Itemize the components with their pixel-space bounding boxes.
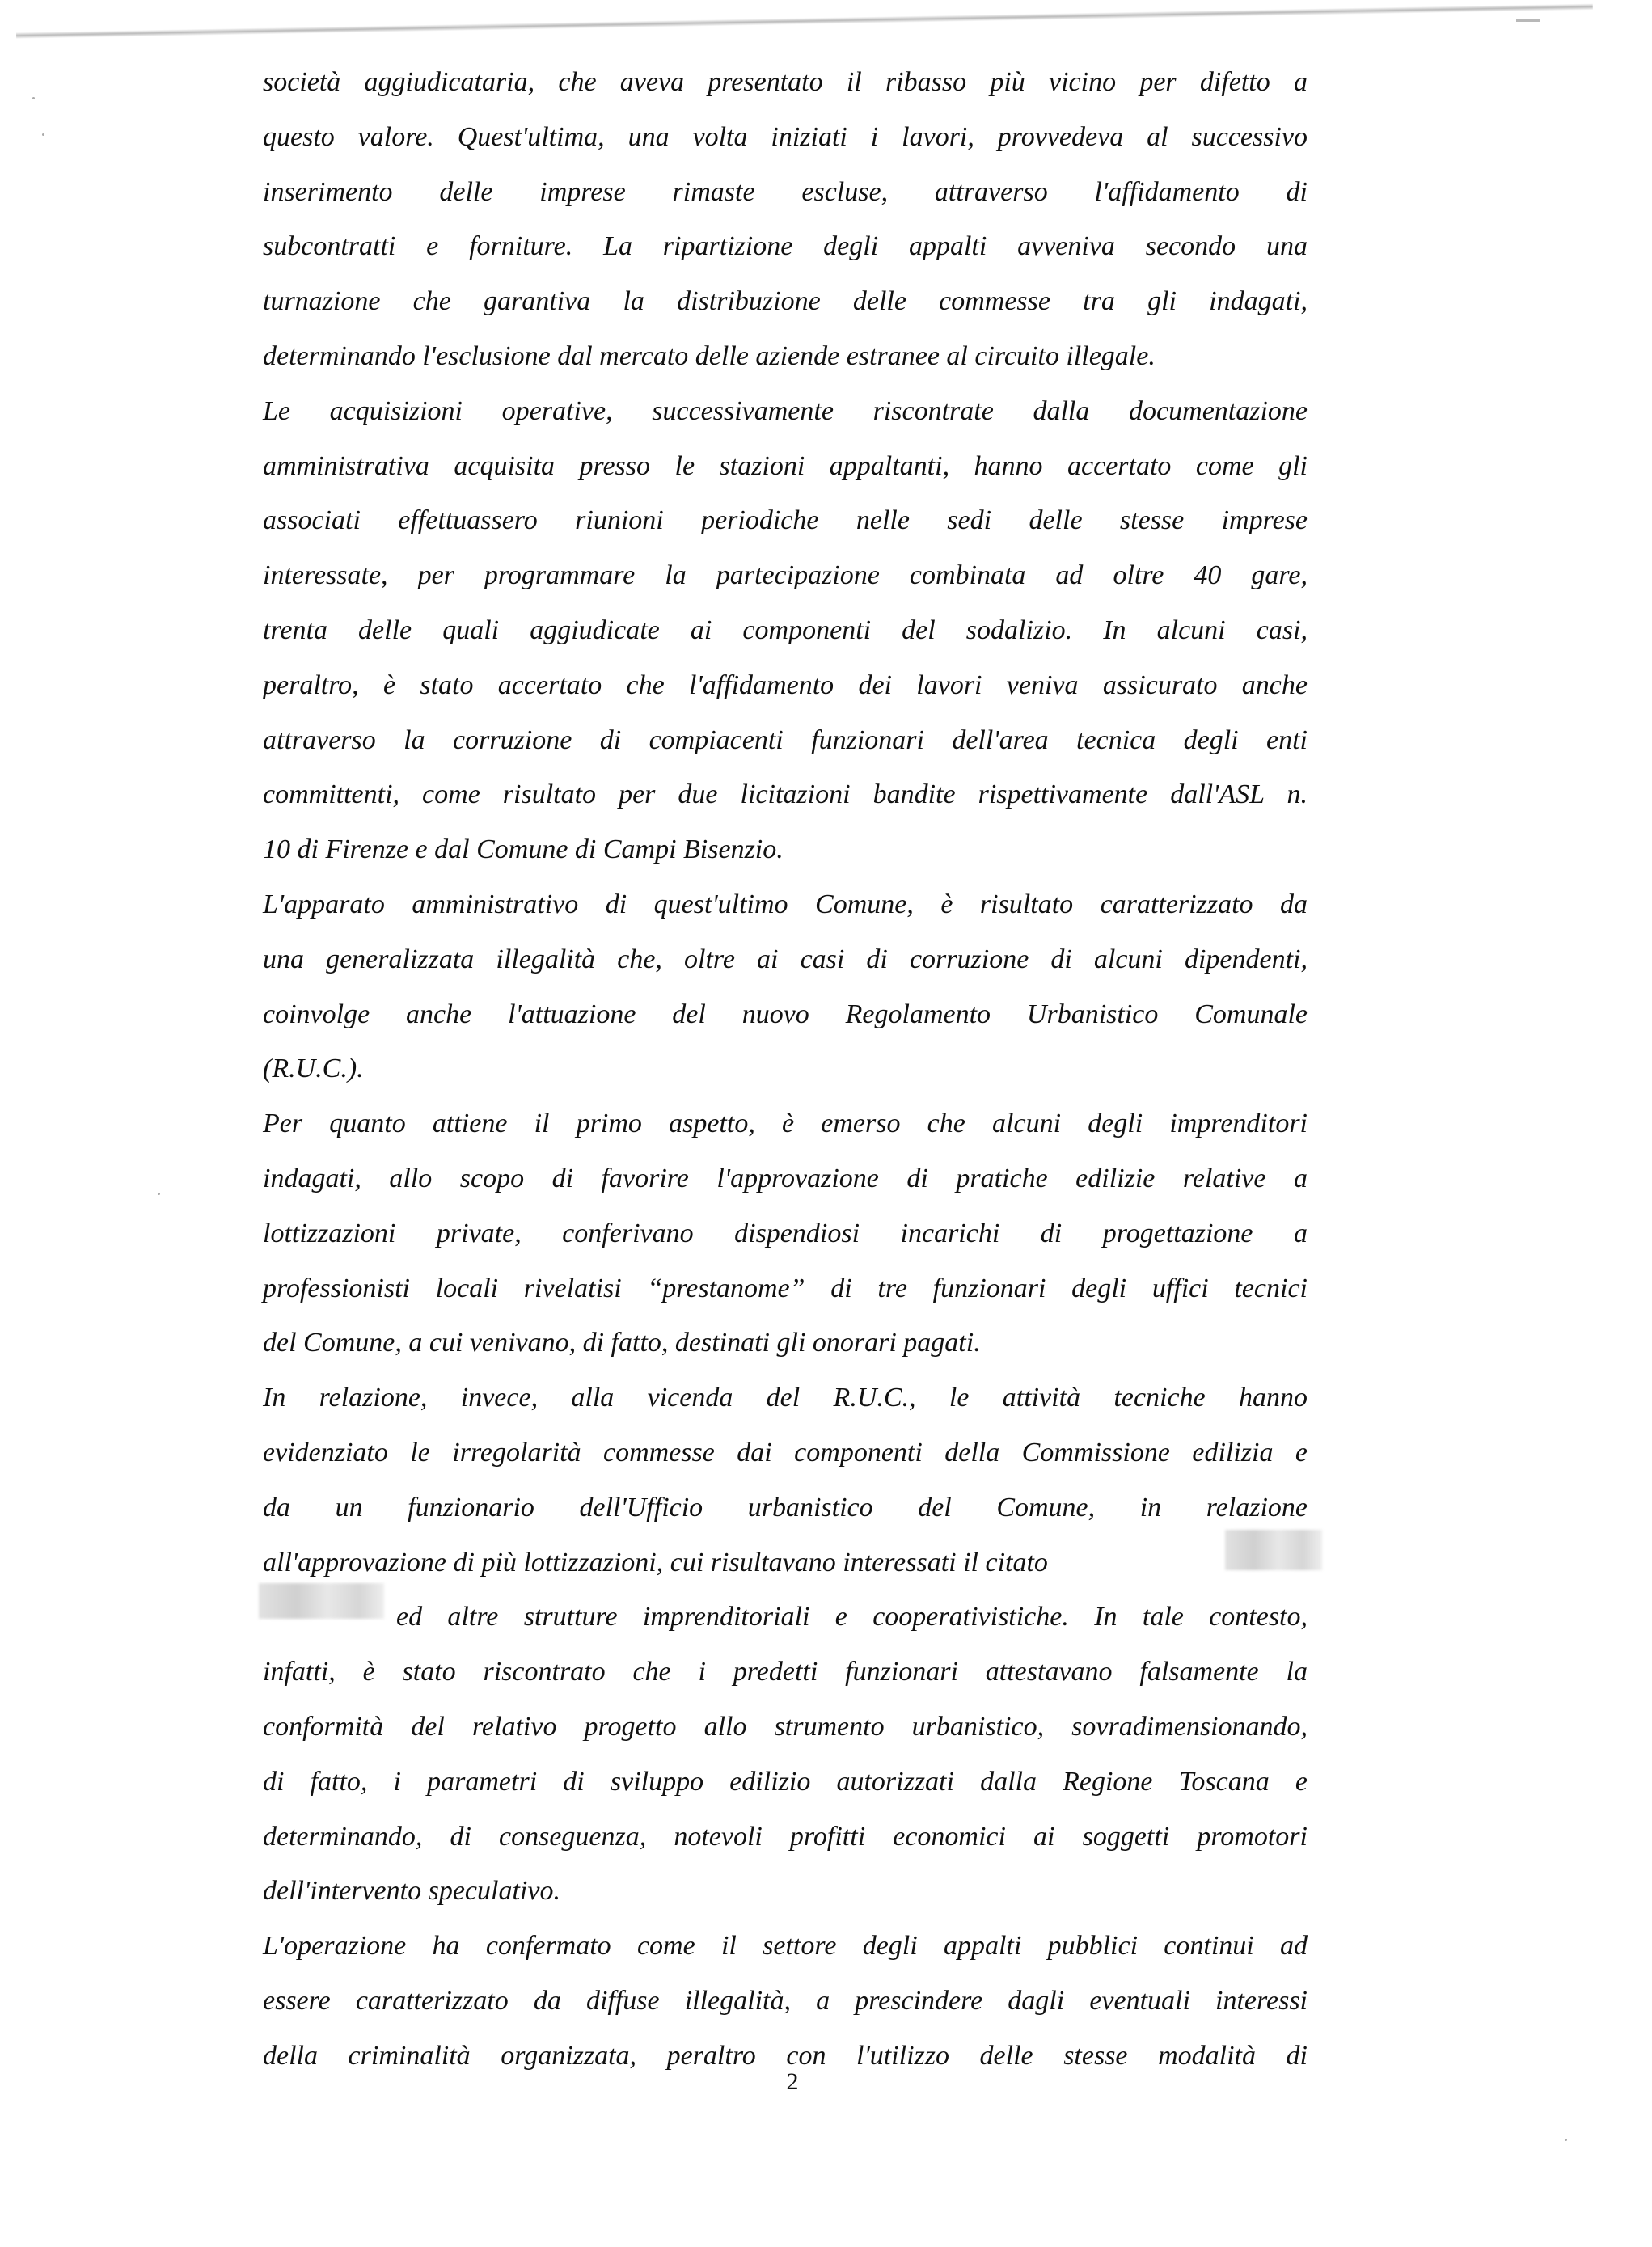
text-line: L'apparato amministrativo di quest'ultim… — [263, 877, 1308, 932]
text-line: di fatto, i parametri di sviluppo ediliz… — [263, 1755, 1308, 1810]
text-line: coinvolge anche l'attuazione del nuovo R… — [263, 987, 1308, 1042]
text-line: attraverso la corruzione di compiacenti … — [263, 713, 1308, 768]
text-line: trenta delle quali aggiudicate ai compon… — [263, 603, 1308, 658]
text-line: Le acquisizioni operative, successivamen… — [263, 384, 1308, 439]
text-line: interessate, per programmare la partecip… — [263, 548, 1308, 603]
text-line: amministrativa acquisita presso le stazi… — [263, 439, 1308, 494]
text-line: da un funzionario dell'Ufficio urbanisti… — [263, 1480, 1308, 1535]
text-line: indagati, allo scopo di favorire l'appro… — [263, 1151, 1308, 1206]
text-line: committenti, come risultato per due lici… — [263, 767, 1308, 822]
scan-speck — [158, 1193, 160, 1195]
text-line: all'approvazione di più lottizzazioni, c… — [263, 1535, 1308, 1590]
scan-speck — [32, 97, 35, 99]
redacted-name-block — [1225, 1530, 1322, 1570]
redacted-name-block — [259, 1583, 384, 1619]
text-line: questo valore. Quest'ultima, una volta i… — [263, 110, 1308, 165]
text-line: essere caratterizzato da diffuse illegal… — [263, 1974, 1308, 2029]
text-line: associati effettuassero riunioni periodi… — [263, 493, 1308, 548]
scan-speck — [1565, 2139, 1567, 2141]
text-line: professionisti locali rivelatisi “presta… — [263, 1261, 1308, 1316]
text-line: L'operazione ha confermato come il setto… — [263, 1919, 1308, 1974]
text-line: determinando l'esclusione dal mercato de… — [263, 329, 1308, 384]
text-line: 10 di Firenze e dal Comune di Campi Bise… — [263, 822, 1308, 877]
text-line: (R.U.C.). — [263, 1041, 1308, 1096]
text-line: In relazione, invece, alla vicenda del R… — [263, 1371, 1308, 1425]
text-line: infatti, è stato riscontrato che i prede… — [263, 1645, 1308, 1700]
text-line: lottizzazioni private, conferivano dispe… — [263, 1206, 1308, 1261]
text-line: inserimento delle imprese rimaste esclus… — [263, 165, 1308, 220]
page-number: 2 — [783, 2068, 802, 2096]
text-line: dell'intervento speculativo. — [263, 1864, 1308, 1919]
text-line: turnazione che garantiva la distribuzion… — [263, 274, 1308, 329]
text-line: evidenziato le irregolarità commesse dai… — [263, 1425, 1308, 1480]
document-body: società aggiudicataria, che aveva presen… — [263, 55, 1308, 2083]
text-line: subcontratti e forniture. La ripartizion… — [263, 219, 1308, 274]
scan-corner-mark — [1516, 19, 1540, 22]
scan-speck — [42, 133, 44, 136]
text-line: società aggiudicataria, che aveva presen… — [263, 55, 1308, 110]
text-line: determinando, di conseguenza, notevoli p… — [263, 1810, 1308, 1865]
text-line: peraltro, è stato accertato che l'affida… — [263, 658, 1308, 713]
text-line: del Comune, a cui venivano, di fatto, de… — [263, 1316, 1308, 1371]
text-line: ed altre strutture imprenditoriali e coo… — [263, 1590, 1308, 1645]
text-line: Per quanto attiene il primo aspetto, è e… — [263, 1096, 1308, 1151]
scan-shadow-edge — [16, 3, 1593, 39]
text-line: conformità del relativo progetto allo st… — [263, 1700, 1308, 1755]
text-line: una generalizzata illegalità che, oltre … — [263, 932, 1308, 987]
